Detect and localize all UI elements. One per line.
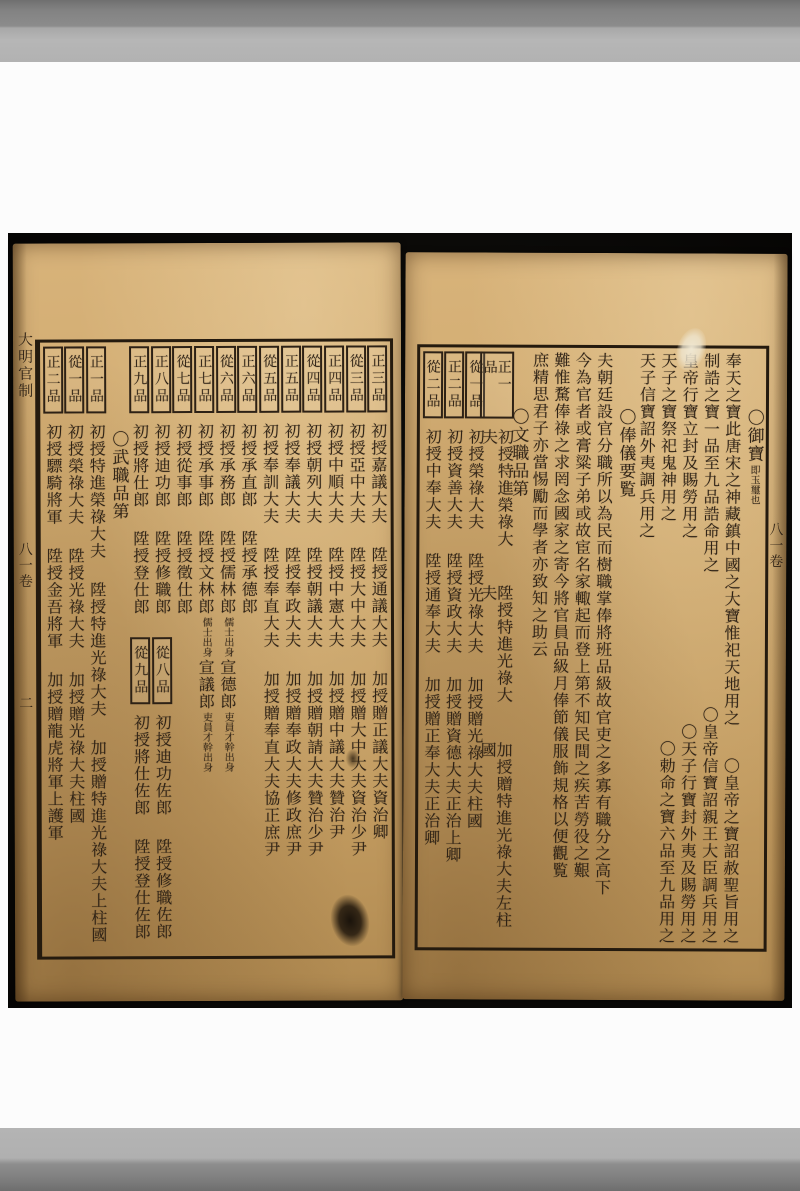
- text-column: 庶精思君子亦當惕勵而學者亦致知之助云: [527, 352, 551, 944]
- text-column: 制誥之寶一品至九品誥命用之〇皇帝信寶詔親王大臣調兵用之: [698, 352, 722, 944]
- column-text: 陞授奉政大夫: [283, 547, 299, 649]
- rank-column: 正二品初授驃騎將軍陞授金吾將軍加授贈龍虎將軍上護軍: [42, 347, 65, 953]
- text-column: 皇帝行寶立封及賜勞用之〇天子行寶封外夷及賜勞用之: [676, 352, 700, 944]
- column-text: 陞授登仕郎: [132, 530, 148, 615]
- small-annotation: 儒士出身: [200, 617, 210, 657]
- page-number-label: 二: [18, 696, 32, 712]
- column-text: 加授贈特進光祿大夫上柱國: [89, 739, 106, 943]
- column-text: 初授嘉議大夫: [370, 422, 386, 524]
- column-text: 陞授資政大夫: [445, 552, 461, 654]
- column-text: 陞授文林郎: [197, 530, 213, 615]
- text-frame-left: 正三品初授嘉議大夫陞授通議大夫加授贈正議大夫資治卿從三品初授亞中大夫陞授大中大夫…: [35, 338, 395, 959]
- column-text: 初授資善大夫: [445, 428, 461, 530]
- rank-column: 正四品初授中順大夫陞授中憲大夫加授贈中議大夫贊治尹: [324, 346, 347, 952]
- rank-grade-box: 正二品: [444, 351, 464, 418]
- column-text: 庶精思君子亦當惕勵而學者亦致知之助云: [530, 352, 547, 658]
- column-text: 初授從事郎: [175, 423, 191, 508]
- column-text: 加授贈光祿大夫柱國: [67, 671, 84, 824]
- column-text: 加授贈奉直大夫協正庶尹: [262, 671, 279, 858]
- column-text: 初授奉議大夫: [283, 423, 299, 525]
- column-text: 初授亞中大夫: [348, 422, 364, 524]
- column-text: 加授贈中議大夫贊治尹: [327, 671, 344, 841]
- rank-grade-box: 正九品: [129, 346, 149, 413]
- column-text: 〇天子行寶封外夷及賜勞用之: [679, 723, 696, 944]
- column-text: 陞授朝議大夫: [305, 547, 321, 649]
- column-text: 陞授承德郎: [240, 530, 256, 615]
- column-text: 加授贈朝請大夫贊治少尹: [306, 671, 323, 858]
- text-column: 難惟騖俸祿之求罔念國家之寄今將官員品級月俸節儀服飾規格以便觀覧: [548, 352, 572, 944]
- rank-column: 從一品初授榮祿大夫陞授光祿大夫加授贈光祿大夫柱國: [64, 346, 87, 952]
- section-header: 〇文職品第: [509, 408, 526, 498]
- rank-column: 從六品初授承務郎陞授儒林郎儒士出身宣德郎吏員才幹出身: [215, 346, 238, 952]
- rank-grade-box: 正五品: [281, 346, 301, 413]
- column-text: 初授承務郎: [218, 423, 234, 508]
- column-text: 夫朝廷設官分職所以為民而樹職掌俸將班品級故官吏之多寡有職分之高下: [593, 352, 611, 896]
- rank-grade-box: 從五品: [259, 346, 279, 413]
- scanned-book-screenshot: 大明官制 八一卷 二 正三品初授嘉議大夫陞授通議大夫加授贈正議大夫資治卿從三品初…: [0, 0, 800, 1191]
- column-text: 陞授修職佐郎: [155, 838, 171, 940]
- page-left: 大明官制 八一卷 二 正三品初授嘉議大夫陞授通議大夫加授贈正議大夫資治卿從三品初…: [13, 242, 404, 1001]
- column-text: 初授榮祿大夫: [66, 423, 82, 525]
- rank-grade-box: 從八品: [152, 637, 172, 704]
- seal-section-header: 〇御寶即玉璽也: [740, 353, 764, 945]
- rank-grade-box: 從六品: [216, 346, 236, 413]
- page-edge-shadow: [770, 254, 787, 1001]
- rank-grade-box: 正一品: [86, 346, 106, 413]
- text-column: 今為官者或膏粱子弟或故宦名家輙起而登上第不知民間之疾苦勞役之艱: [569, 352, 593, 944]
- rank-grade-box: 從二品: [422, 351, 442, 418]
- column-text: 初授將仕郎: [131, 423, 147, 508]
- page-right: 八一卷 〇御寶即玉璽也奉天之寶此唐宋之神藏鎮中國之大寶惟祀天地用之〇皇帝之寶詔赦…: [402, 252, 787, 1001]
- section-header: 〇御寶: [745, 409, 762, 463]
- column-text: 〇皇帝之寶詔赦聖旨用之: [722, 758, 739, 945]
- volume-label: 八一卷: [768, 522, 782, 570]
- column-text: 初授驃騎將軍: [45, 424, 61, 526]
- column-text: 陞授徵仕郎: [175, 530, 191, 615]
- column-text: 初授朝列大夫: [305, 423, 321, 525]
- column-text: 加授贈奉政大夫修政庶尹: [284, 671, 301, 858]
- rank-column: 正六品初授承直郎陞授承德郎: [237, 346, 260, 952]
- column-text: 難惟騖俸祿之求罔念國家之寄今將官員品級月俸節儀服飾規格以便觀覧: [551, 352, 569, 879]
- column-text: 加授贈龍虎將軍上護軍: [46, 672, 63, 842]
- text-column: 天子信寶詔外夷調兵用之: [634, 352, 658, 944]
- column-text: 陞授儒林郎: [218, 530, 234, 615]
- column-text: 陞授特進光祿大夫: [89, 581, 105, 717]
- section-header: 〇武職品第: [109, 430, 126, 520]
- photo-background: 大明官制 八一卷 二 正三品初授嘉議大夫陞授通議大夫加授贈正議大夫資治卿從三品初…: [8, 233, 792, 1008]
- column-text: 陞授光祿大夫: [67, 547, 83, 649]
- small-annotation: 吏員才幹出身: [200, 712, 210, 772]
- small-annotation: 儒士出身: [222, 617, 232, 657]
- rank-grade-box: 正六品: [237, 346, 257, 413]
- rank-column: 從二品初授中奉大夫陞授通奉大夫加授贈正奉大夫正治卿: [420, 351, 444, 943]
- column-text: 初授中順大夫: [326, 423, 342, 525]
- small-annotation: 吏員才幹出身: [222, 712, 232, 772]
- scanner-bottom-bar: [0, 1128, 800, 1191]
- rank-grade-box: 從四品: [302, 346, 322, 413]
- column-text: 加授贈資德大夫正治上卿: [444, 676, 461, 863]
- column-text: 初授承事郎: [196, 423, 212, 508]
- rank-column: 從七品初授從事郎陞授徵仕郎: [172, 346, 195, 952]
- column-text: 加授贈正議大夫資治卿: [371, 670, 388, 840]
- column-text: 初授迪功佐郎: [154, 714, 170, 816]
- rank-grade-box: 從七品: [172, 346, 192, 413]
- scanner-top-bar: [0, 0, 800, 62]
- rank-column: 從三品初授亞中大夫陞授大中大夫加授贈大中大夫資治少尹: [345, 345, 368, 951]
- rank-grade-box: 從九品: [130, 637, 150, 704]
- rank-column: 正一品初授特進榮祿大夫陞授特進光祿大夫加授贈特進光祿大夫左柱國: [484, 352, 508, 944]
- column-text: 宣議郎: [197, 659, 213, 710]
- rank-column: 正八品初授迪功郎陞授修職郎從八品初授迪功佐郎陞授修職佐郎: [150, 346, 173, 952]
- column-text: 初授奉訓大夫: [261, 423, 277, 525]
- rank-grade-box: 從一品: [64, 346, 84, 413]
- rank-column: 正二品初授資善大夫陞授資政大夫加授贈資德大夫正治上卿: [441, 351, 465, 943]
- column-text: 陞授修職郎: [153, 530, 169, 615]
- small-annotation: 即玉璽也: [748, 465, 758, 505]
- column-text: 今為官者或膏粱子弟或故宦名家輙起而登上第不知民間之疾苦勞役之艱: [572, 352, 590, 879]
- volume-label: 八一卷: [18, 542, 32, 590]
- rank-grade-box: 正二品: [43, 347, 63, 414]
- text-frame-right: 〇御寶即玉璽也奉天之寶此唐宋之神藏鎮中國之大寶惟祀天地用之〇皇帝之寶詔赦聖旨用之…: [415, 344, 770, 952]
- column-text: 制誥之寶一品至九品誥命用之: [702, 352, 719, 573]
- rank-grade-box: 從三品: [346, 345, 366, 412]
- civil-rank-section-header: 〇文職品第: [505, 352, 529, 944]
- column-text: 陞授通議大夫: [370, 546, 386, 648]
- column-text: 加授贈正奉大夫正治卿: [423, 676, 440, 846]
- rank-column: 正七品初授承事郎陞授文林郎儒士出身宣議郎吏員才幹出身: [194, 346, 217, 952]
- text-column: 奉天之寶此唐宋之神藏鎮中國之大寶惟祀天地用之〇皇帝之寶詔赦聖旨用之: [719, 353, 743, 945]
- rank-column: 正九品初授將仕郎陞授登仕郎從九品初授將仕佐郎陞授登仕佐郎: [129, 346, 152, 952]
- column-text: 天子信寶詔外夷調兵用之: [638, 352, 655, 539]
- rank-column: 從五品初授奉訓大夫陞授奉直大夫加授贈奉直大夫協正庶尹: [259, 346, 282, 952]
- column-text: 陞授大中大夫: [348, 546, 364, 648]
- salary-section-header: 〇俸儀要覧: [612, 352, 636, 944]
- column-text: 初授將仕佐郎: [132, 714, 148, 816]
- ink-spot: [345, 748, 360, 768]
- column-text: 奉天之寶此唐宋之神藏鎮中國之大寶惟祀天地用之: [723, 353, 741, 727]
- rank-grade-box: 正三品: [367, 345, 387, 412]
- section-header: 〇俸儀要覧: [616, 408, 633, 498]
- column-text: 〇勅命之寶六品至九品用之: [657, 740, 674, 944]
- column-text: 陞授中憲大夫: [327, 547, 343, 649]
- column-text: 天子之寶祭祀鬼神用之: [659, 352, 676, 522]
- column-text: 陞授金吾將軍: [45, 548, 61, 650]
- rank-column: 正一品初授特進榮祿大夫陞授特進光祿大夫加授贈特進光祿大夫上柱國: [85, 346, 108, 952]
- column-text: 皇帝行寶立封及賜勞用之: [681, 352, 698, 539]
- rank-column: 正三品初授嘉議大夫陞授通議大夫加授贈正議大夫資治卿: [367, 345, 390, 951]
- column-text: 〇皇帝信寶詔親王大臣調兵用之: [700, 706, 717, 944]
- column-text: 陞授登仕佐郎: [133, 838, 149, 940]
- rank-grade-box: 正八品: [151, 346, 171, 413]
- column-text: 陞授通奉大夫: [423, 552, 439, 654]
- column-text: 初授迪功郎: [153, 423, 169, 508]
- column-text: 初授特進榮祿大夫: [88, 423, 104, 559]
- text-column: 天子之寶祭祀鬼神用之〇勅命之寶六品至九品用之: [655, 352, 679, 944]
- military-rank-section-header: 〇武職品第: [107, 346, 130, 952]
- text-column: 夫朝廷設官分職所以為民而樹職掌俸將班品級故官吏之多寡有職分之高下: [591, 352, 615, 944]
- book-title-label: 大明官制: [17, 332, 32, 400]
- column-text: 初授中奉大夫: [424, 428, 440, 530]
- rank-grade-box: 正七品: [194, 346, 214, 413]
- rank-column: 從四品初授朝列大夫陞授朝議大夫加授贈朝請大夫贊治少尹: [302, 346, 325, 952]
- rank-column: 正五品初授奉議大夫陞授奉政大夫加授贈奉政大夫修政庶尹: [280, 346, 303, 952]
- column-text: 陞授奉直大夫: [262, 547, 278, 649]
- column-text: 宣德郎: [219, 659, 235, 710]
- column-text: 初授承直郎: [240, 423, 256, 508]
- rank-grade-box: 正四品: [324, 346, 344, 413]
